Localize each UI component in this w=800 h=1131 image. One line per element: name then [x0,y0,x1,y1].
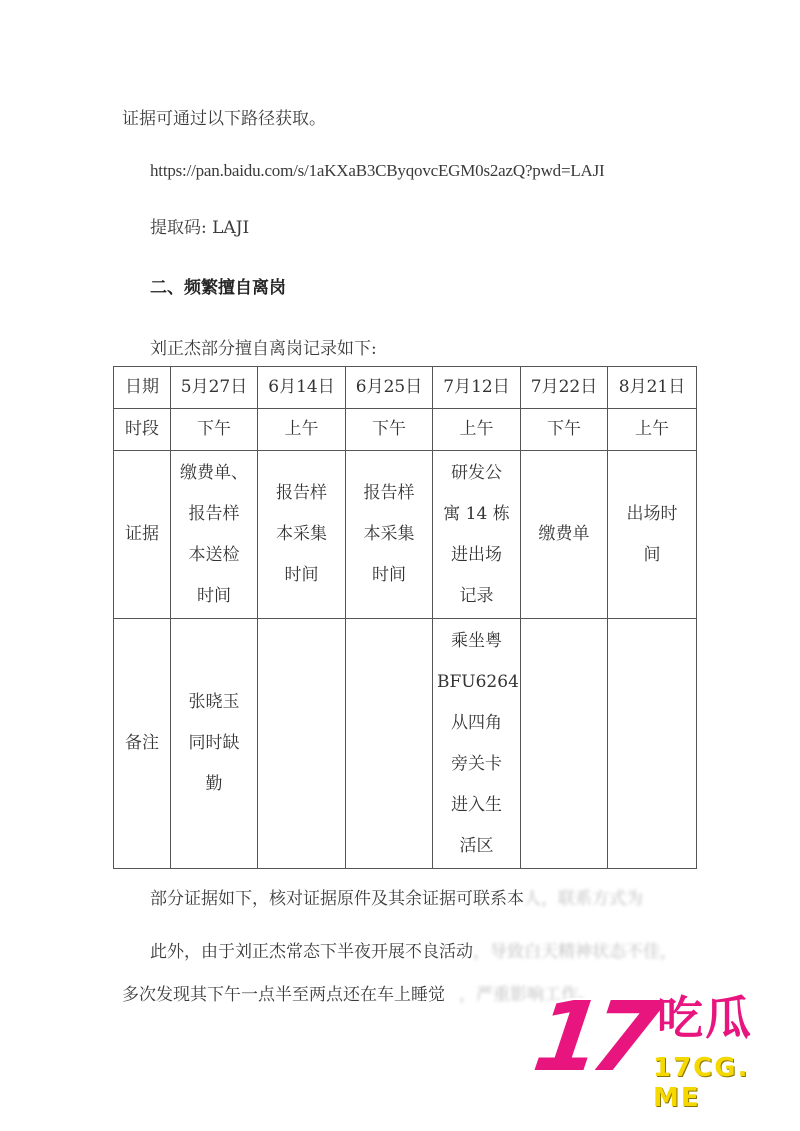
cell-line: 缴费单 [525,514,603,555]
remark-cell [346,619,433,869]
cell-line: 研发公 [437,453,516,494]
watermark-number: 17 [528,987,656,1087]
evidence-cell: 出场时间 [608,451,697,619]
cell-line: 出场时 [612,494,692,535]
row-header-period: 时段 [114,409,171,451]
evidence-cell: 缴费单 [521,451,608,619]
date-cell: 6月25日 [346,367,433,409]
table-row-period: 时段 下午 上午 下午 上午 下午 上午 [114,409,697,451]
absence-record-table: 日期 5月27日 6月14日 6月25日 7月12日 7月22日 8月21日 时… [113,366,697,869]
paragraph-visible-text: 多次发现其下午一点半至两点还在车上睡觉 [122,985,445,1005]
section-heading: 二、频繁擅自离岗 [150,273,286,298]
cell-line: 报告样 [175,494,253,535]
cell-line: 时间 [175,576,253,617]
obscured-text: 人，联系方式为 [524,889,643,909]
remark-cell [258,619,346,869]
cell-line: 从四角 [437,703,516,744]
cell-line: 报告样 [262,473,341,514]
cell-line: 张晓玉 [175,682,253,723]
period-cell: 上午 [433,409,521,451]
period-cell: 上午 [608,409,697,451]
cell-line: 本送检 [175,535,253,576]
paragraph-additional: 此外，由于刘正杰常态下半夜开展不良活动，导致白天精神状态不佳， [150,937,677,962]
extract-code: 提取码: LAJI [150,213,249,238]
remark-cell: 乘坐粤BFU6264从四角旁关卡进入生活区 [433,619,521,869]
date-cell: 5月27日 [171,367,258,409]
date-cell: 7月22日 [521,367,608,409]
remark-cell: 张晓玉同时缺勤 [171,619,258,869]
intro-line: 证据可通过以下路径获取。 [122,104,326,129]
paragraph-sleeping: 多次发现其下午一点半至两点还在车上睡觉，严重影响工作。 [122,980,595,1005]
paragraph-visible-text: 部分证据如下，核对证据原件及其余证据可联系本 [150,889,524,909]
cell-line: 本采集 [262,514,341,555]
table-row-remark: 备注 张晓玉同时缺勤 乘坐粤BFU6264从四角旁关卡进入生活区 [114,619,697,869]
evidence-cell: 研发公寓 14 栋进出场记录 [433,451,521,619]
paragraph-evidence-note: 部分证据如下，核对证据原件及其余证据可联系本人，联系方式为 [150,884,643,909]
watermark-chinese: 吃瓜 [657,993,753,1043]
table-row-date: 日期 5月27日 6月14日 6月25日 7月12日 7月22日 8月21日 [114,367,697,409]
watermark-domain: 17CG. ME [653,1053,795,1113]
period-cell: 下午 [521,409,608,451]
remark-cell [608,619,697,869]
cell-line: 进出场 [437,535,516,576]
cell-line: 同时缺 [175,723,253,764]
date-cell: 7月12日 [433,367,521,409]
cell-line: 旁关卡 [437,744,516,785]
cell-line: 本采集 [350,514,428,555]
row-header-date: 日期 [114,367,171,409]
remark-cell [521,619,608,869]
cell-line: 进入生 [437,785,516,826]
date-cell: 8月21日 [608,367,697,409]
cell-line: 时间 [350,555,428,596]
row-header-remark: 备注 [114,619,171,869]
period-cell: 上午 [258,409,346,451]
cell-line: 活区 [437,826,516,867]
cell-line: 时间 [262,555,341,596]
cell-line: 间 [612,535,692,576]
evidence-cell: 报告样本采集时间 [258,451,346,619]
obscured-text: ，导致白天精神状态不佳， [473,942,677,962]
date-cell: 6月14日 [258,367,346,409]
cell-line: BFU6264 [437,662,516,703]
period-cell: 下午 [346,409,433,451]
cell-line: 乘坐粤 [437,621,516,662]
cell-line: 勤 [175,764,253,805]
section-intro: 刘正杰部分擅自离岗记录如下: [150,334,377,359]
baidu-pan-link[interactable]: https://pan.baidu.com/s/1aKXaB3CByqovcEG… [150,161,605,181]
cell-line: 记录 [437,576,516,617]
evidence-cell: 缴费单、报告样本送检时间 [171,451,258,619]
cell-line: 寓 14 栋 [437,494,516,535]
paragraph-visible-text: 此外，由于刘正杰常态下半夜开展不良活动 [150,942,473,962]
evidence-cell: 报告样本采集时间 [346,451,433,619]
row-header-evidence: 证据 [114,451,171,619]
table-row-evidence: 证据 缴费单、报告样本送检时间 报告样本采集时间 报告样本采集时间 研发公寓 1… [114,451,697,619]
period-cell: 下午 [171,409,258,451]
cell-line: 缴费单、 [175,453,253,494]
cell-line: 报告样 [350,473,428,514]
watermark-logo: 17 吃瓜 17CG. ME [535,985,795,1095]
